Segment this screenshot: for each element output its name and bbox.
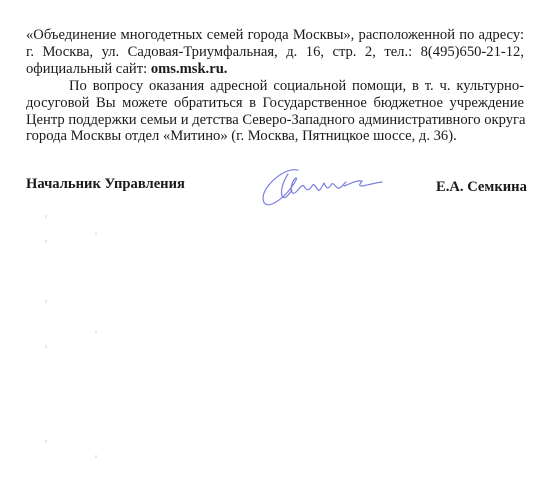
text-line: официальный сайт: oms.msk.ru. xyxy=(26,61,524,78)
signatory-position: Начальник Управления xyxy=(26,176,185,193)
scan-artifact xyxy=(45,300,47,303)
text-line: г. Москва, ул. Садовая-Триумфальная, д. … xyxy=(26,44,524,61)
paragraph-organization-address: «Объединение многодетных семей города Мо… xyxy=(26,27,524,77)
website-link: oms.msk.ru. xyxy=(151,61,228,77)
scan-artifact xyxy=(95,232,97,235)
scan-artifact xyxy=(45,240,47,243)
scan-artifact xyxy=(95,330,97,333)
scan-artifact xyxy=(45,345,47,348)
text-line: По вопросу оказания адресной социальной … xyxy=(26,78,524,95)
text-line: досуговой Вы можете обратиться в Государ… xyxy=(26,95,524,112)
text-line: Центр поддержки семьи и детства Северо-З… xyxy=(26,112,524,129)
scan-artifact xyxy=(45,440,47,443)
website-label: официальный сайт: xyxy=(26,61,151,77)
text-line: города Москвы отдел «Митино» (г. Москва,… xyxy=(26,128,524,145)
scan-artifact xyxy=(95,455,97,458)
paragraph-social-assistance: По вопросу оказания адресной социальной … xyxy=(26,78,524,145)
handwritten-signature xyxy=(258,166,398,212)
document-page: «Объединение многодетных семей города Мо… xyxy=(0,0,540,488)
signatory-name: Е.А. Семкина xyxy=(436,179,527,196)
text-line: «Объединение многодетных семей города Мо… xyxy=(26,27,524,44)
scan-artifact xyxy=(45,215,47,218)
